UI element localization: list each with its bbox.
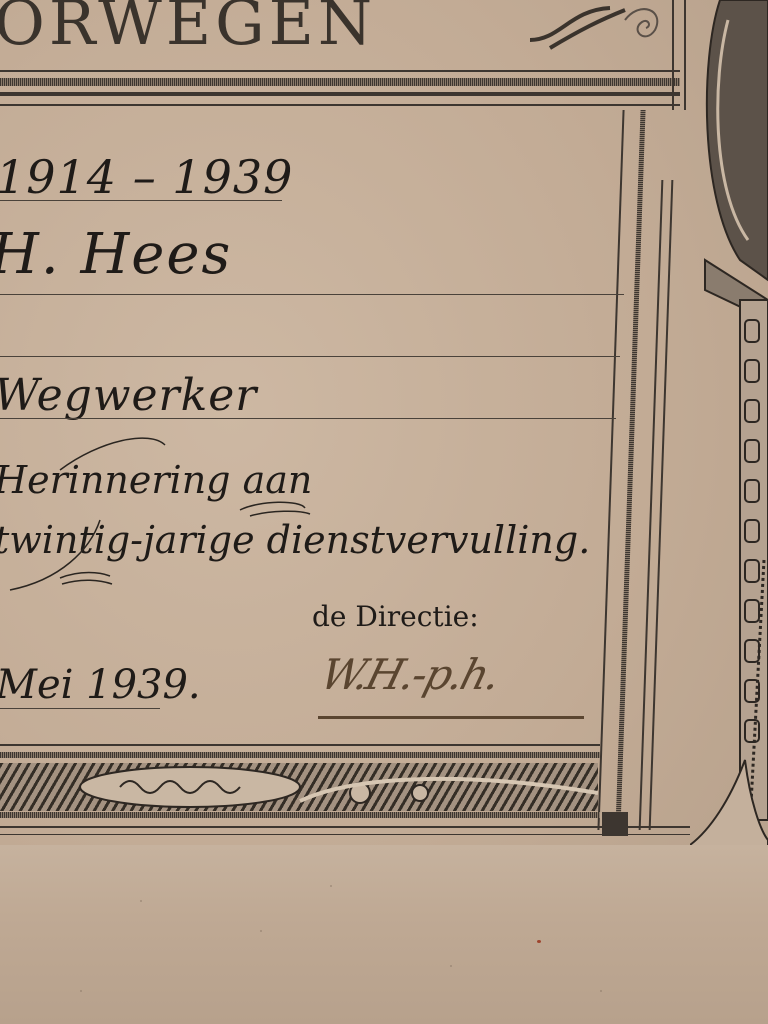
frame-vertical-line: [649, 180, 674, 830]
director-signature: W.H.-p.h.: [315, 650, 504, 699]
bottom-rule: [0, 826, 690, 828]
occupation: Wegwerker: [0, 370, 257, 421]
bottom-rule: [0, 834, 690, 835]
bottom-rule: [0, 744, 600, 746]
bottom-hatched-rule: [0, 812, 600, 818]
paper-speck: [140, 900, 142, 902]
frame-vertical-line: [684, 0, 686, 110]
blank-paper-area: [0, 845, 768, 1024]
top-rule: [0, 70, 680, 72]
calligraphic-flourish-icon: [0, 430, 420, 610]
paper-speck: [260, 930, 262, 932]
ornamental-column-icon: [690, 0, 768, 870]
blank-line: [0, 356, 620, 357]
years-underline: [0, 200, 282, 201]
top-rule: [0, 92, 680, 96]
frame-vertical-line: [672, 0, 674, 110]
paper-speck: [330, 885, 332, 887]
scroll-ornament-icon: [0, 763, 598, 811]
date-underline: [0, 708, 160, 709]
recipient-name: H. Hees: [0, 222, 232, 287]
signature-underline: [318, 716, 584, 719]
top-rule: [0, 104, 680, 106]
corner-ornament: [602, 812, 628, 836]
occupation-underline: [0, 418, 616, 419]
paper-speck: [600, 990, 602, 992]
service-years: 1914 – 1939: [0, 150, 293, 204]
paper-speck: [80, 990, 82, 992]
paper-speck: [450, 965, 452, 967]
top-hatched-rule: [0, 78, 680, 86]
issue-date: Mei 1939.: [0, 662, 201, 708]
certificate-title: ORWEGEN: [0, 0, 376, 59]
name-underline: [0, 294, 624, 295]
signatory-label: de Directie:: [312, 600, 479, 633]
red-stain: [537, 940, 541, 943]
title-flourish-icon: [530, 0, 670, 50]
bottom-hatched-rule: [0, 752, 600, 758]
